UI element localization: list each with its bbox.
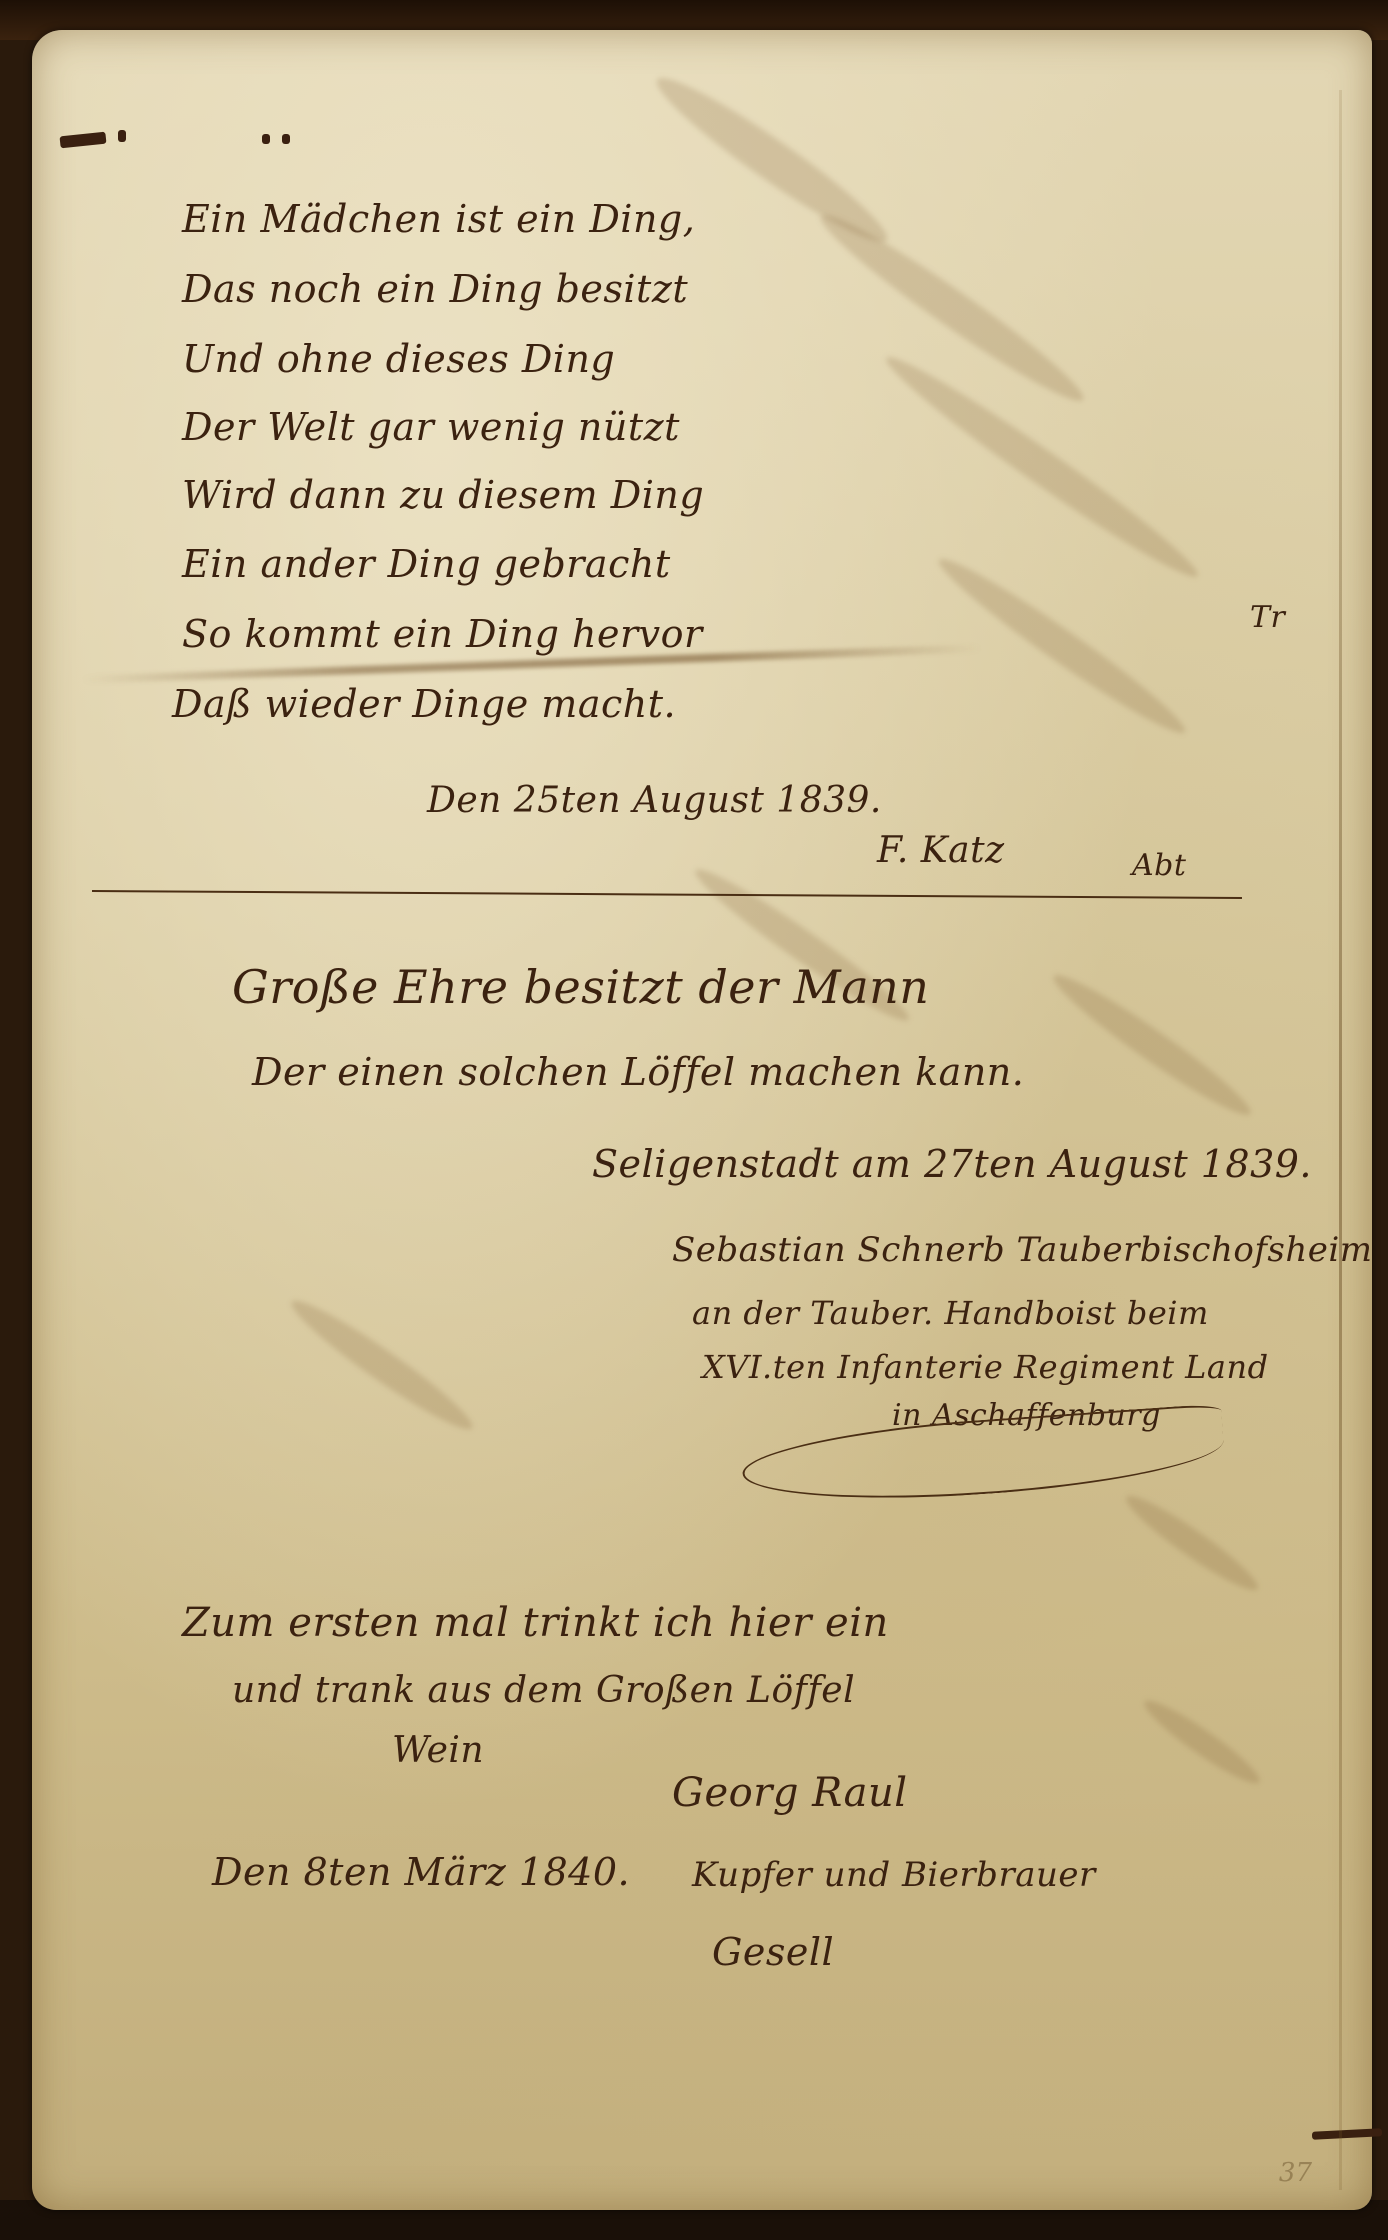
poem-line-5: Wird dann zu diesem Ding <box>182 476 704 514</box>
signature-flourish <box>740 1403 1226 1510</box>
ink-bleed-stain <box>1119 1486 1265 1599</box>
poem-line-6: Ein ander Ding gebracht <box>182 545 671 583</box>
entry2-author-line-2: an der Tauber. Handboist beim <box>692 1294 1209 1332</box>
entry2-line-1: Große Ehre besitzt der Mann <box>232 960 929 1014</box>
entry3-occupation: Kupfer und Bierbrauer <box>692 1855 1096 1895</box>
entry1-signature-suffix: Abt <box>1132 848 1186 883</box>
poem-line-7: So kommt ein Ding hervor <box>182 615 703 653</box>
poem-line-4: Der Welt gar wenig nützt <box>182 408 680 446</box>
poem-line-1: Ein Mädchen ist ein Ding, <box>182 200 695 238</box>
page-number: 37 <box>1279 2158 1312 2188</box>
entry3-signature: Georg Raul <box>672 1770 908 1816</box>
manuscript-page: Ein Mädchen ist ein Ding, Das noch ein D… <box>32 30 1372 2210</box>
entry1-signature: F. Katz <box>877 830 1005 871</box>
entry3-occupation-suffix: Gesell <box>712 1930 834 1974</box>
ink-mark <box>282 134 290 144</box>
ink-bleed-stain <box>1045 964 1259 1126</box>
entry3-line-1: Zum ersten mal trinkt ich hier ein <box>182 1600 889 1646</box>
ink-mark <box>262 134 270 144</box>
margin-note: Tr <box>1250 600 1285 635</box>
entry2-place-date: Seligenstadt am 27ten August 1839. <box>592 1142 1312 1186</box>
ink-bleed-stain <box>1138 1692 1266 1792</box>
entry1-date: Den 25ten August 1839. <box>427 780 882 821</box>
entry2-author-line-1: Sebastian Schnerb Tauberbischofsheim <box>672 1230 1373 1270</box>
entry2-author-line-3: XVI.ten Infanterie Regiment Land <box>702 1348 1269 1386</box>
poem-line-3: Und ohne dieses Ding <box>182 340 615 378</box>
entry3-line-2: und trank aus dem Großen Löffel <box>232 1670 855 1711</box>
ink-bleed-stain <box>811 201 1094 414</box>
ink-mark <box>1312 2128 1382 2140</box>
entry3-date: Den 8ten März 1840. <box>212 1850 630 1894</box>
ink-mark <box>59 132 106 149</box>
entry2-line-2: Der einen solchen Löffel machen kann. <box>252 1050 1024 1094</box>
entry3-line-3: Wein <box>392 1730 484 1771</box>
ink-bleed-stain <box>283 1290 480 1441</box>
poem-line-2: Das noch ein Ding besitzt <box>182 270 688 308</box>
ink-mark <box>118 130 126 142</box>
section-divider <box>92 890 1242 899</box>
poem-line-8: Daß wieder Dinge macht. <box>172 685 676 723</box>
